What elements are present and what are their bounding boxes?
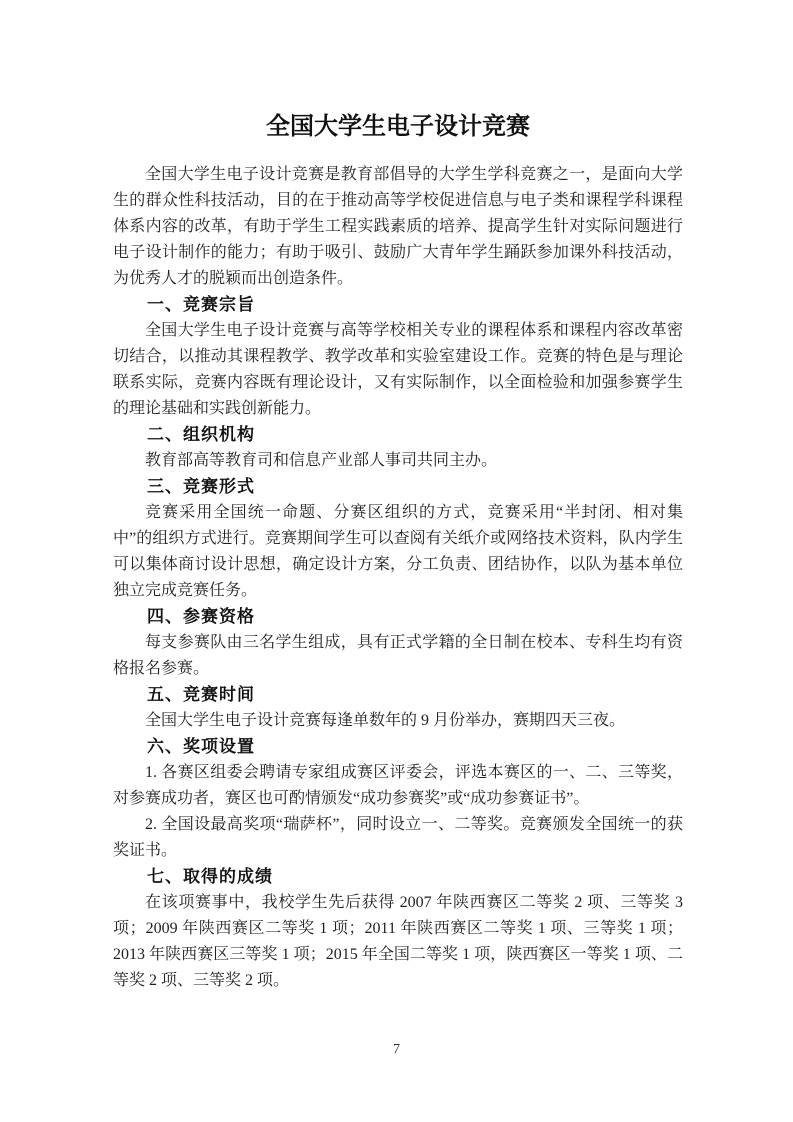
- section-heading: 七、取得的成绩: [113, 864, 683, 890]
- section-heading: 五、竞赛时间: [113, 682, 683, 708]
- body-paragraph: 教育部高等教育司和信息产业部人事司共同主办。: [113, 448, 683, 474]
- page-title: 全国大学生电子设计竞赛: [113, 110, 683, 144]
- section-heading: 二、组织机构: [113, 422, 683, 448]
- body-paragraph: 全国大学生电子设计竞赛与高等学校相关专业的课程体系和课程内容改革密切结合，以推动…: [113, 318, 683, 422]
- body-paragraph: 1. 各赛区组委会聘请专家组成赛区评委会，评选本赛区的一、二、三等奖，对参赛成功…: [113, 760, 683, 812]
- section-heading: 四、参赛资格: [113, 604, 683, 630]
- body-paragraph: 竞赛采用全国统一命题、分赛区组织的方式，竞赛采用“半封闭、相对集中”的组织方式进…: [113, 500, 683, 604]
- page-number: 7: [0, 1042, 793, 1058]
- body-paragraph: 全国大学生电子设计竞赛是教育部倡导的大学生学科竞赛之一，是面向大学生的群众性科技…: [113, 162, 683, 292]
- section-heading: 一、竞赛宗旨: [113, 292, 683, 318]
- body-paragraph: 每支参赛队由三名学生组成，具有正式学籍的全日制在校本、专科生均有资格报名参赛。: [113, 630, 683, 682]
- section-heading: 六、奖项设置: [113, 734, 683, 760]
- document-body: 全国大学生电子设计竞赛是教育部倡导的大学生学科竞赛之一，是面向大学生的群众性科技…: [113, 162, 683, 994]
- document-content: 全国大学生电子设计竞赛 全国大学生电子设计竞赛是教育部倡导的大学生学科竞赛之一，…: [113, 110, 683, 994]
- body-paragraph: 全国大学生电子设计竞赛每逢单数年的 9 月份举办，赛期四天三夜。: [113, 708, 683, 734]
- body-paragraph: 2. 全国设最高奖项“瑞萨杯”，同时设立一、二等奖。竞赛颁发全国统一的获奖证书。: [113, 812, 683, 864]
- section-heading: 三、竞赛形式: [113, 474, 683, 500]
- body-paragraph: 在该项赛事中，我校学生先后获得 2007 年陕西赛区二等奖 2 项、三等奖 3 …: [113, 890, 683, 994]
- document-page: 全国大学生电子设计竞赛 全国大学生电子设计竞赛是教育部倡导的大学生学科竞赛之一，…: [0, 0, 793, 1122]
